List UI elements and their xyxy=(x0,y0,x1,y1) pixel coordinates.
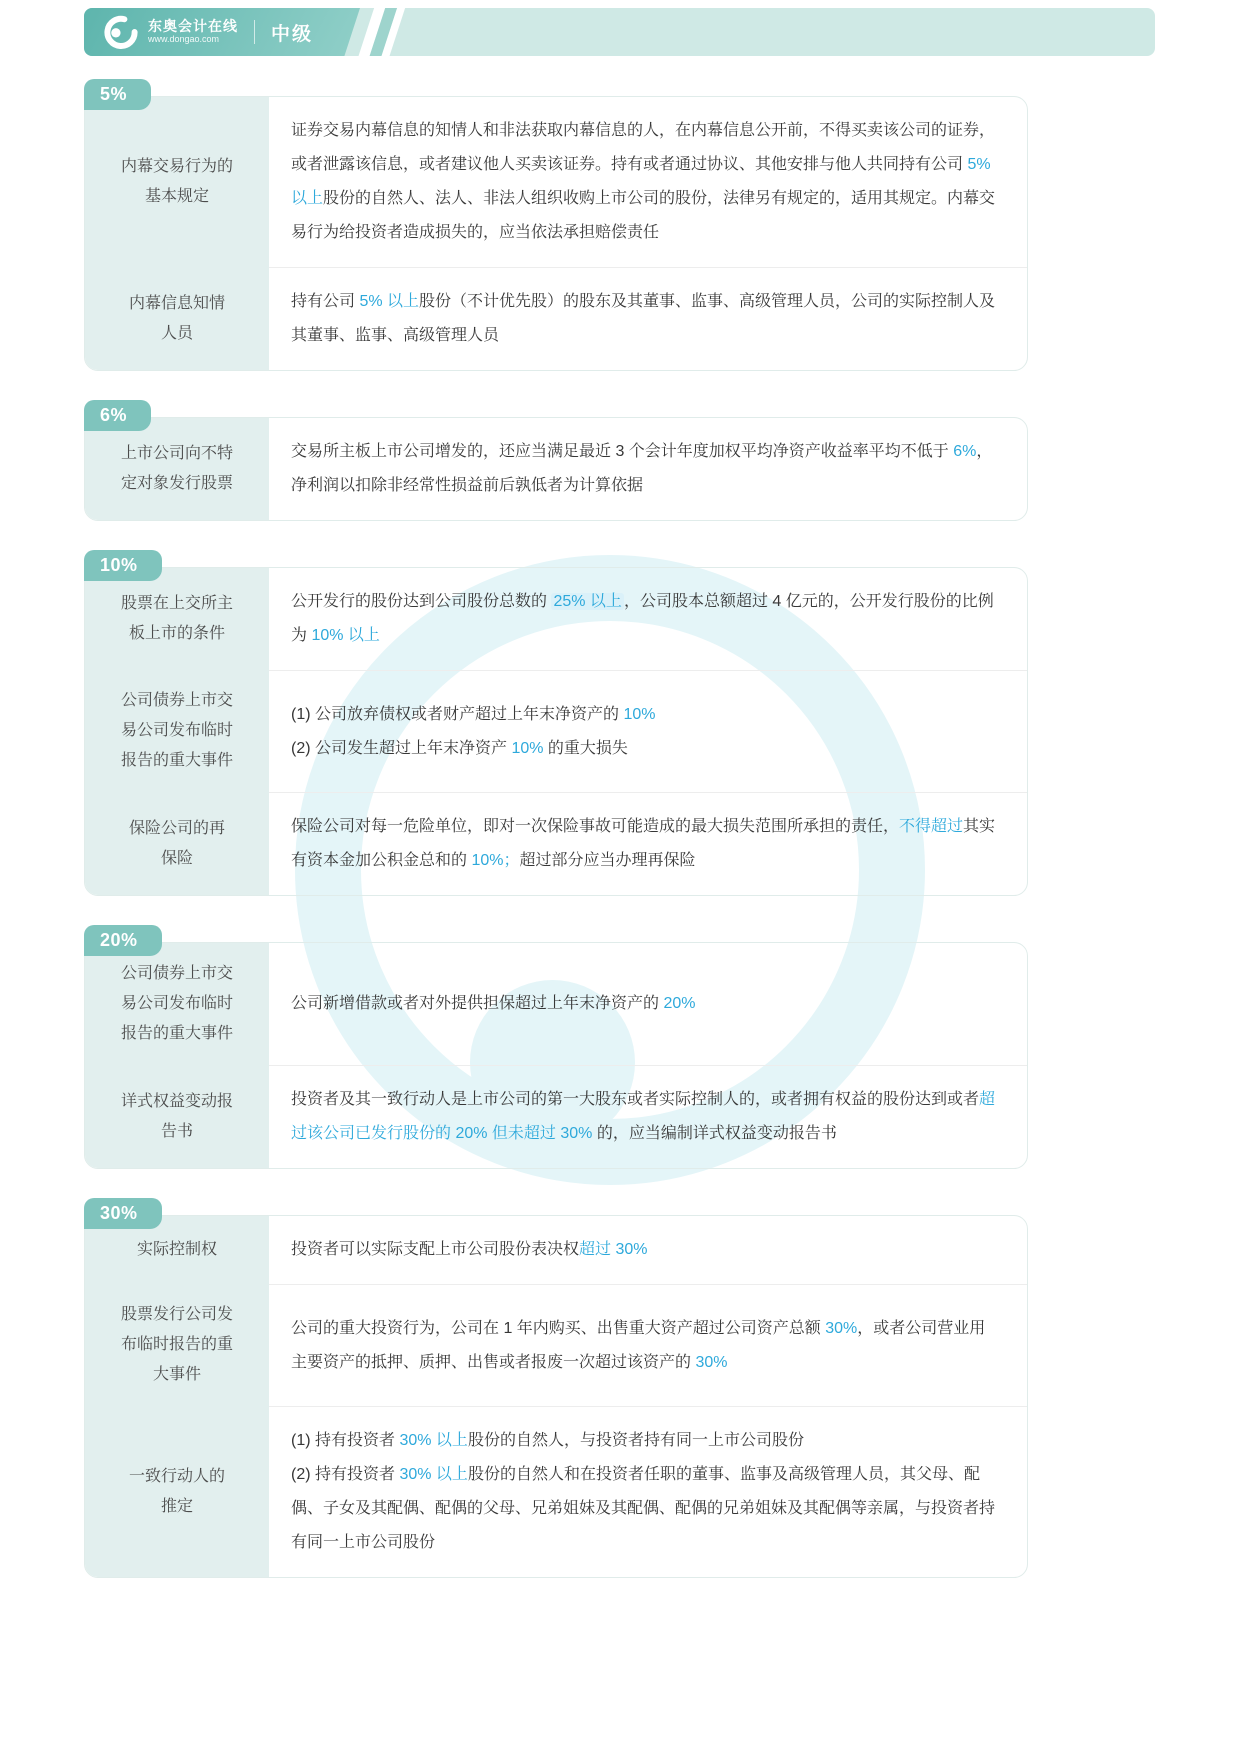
accent-text: 6% xyxy=(953,443,976,460)
percentage-section: 10% 股票在上交所主 板上市的条件 公开发行的股份达到公司股份总数的 25% … xyxy=(84,567,1028,896)
row-content: 公司的重大投资行为，公司在 1 年内购买、出售重大资产超过公司资产总额 30%，… xyxy=(269,1284,1027,1406)
content-area: 5% 内幕交易行为的 基本规定 证券交易内幕信息的知情人和非法获取内幕信息的人，… xyxy=(84,56,1028,1578)
header-banner: 东奥会计在线 www.dongao.com 中级 xyxy=(84,8,1155,56)
percentage-section: 6% 上市公司向不特 定对象发行股票 交易所主板上市公司增发的，还应当满足最近 … xyxy=(84,417,1028,521)
row-content: 投资者可以实际支配上市公司股份表决权超过 30% xyxy=(269,1216,1027,1284)
body-text: 股份的自然人，与投资者持有同一上市公司股份 xyxy=(468,1432,804,1449)
row-content: 投资者及其一致行动人是上市公司的第一大股东或者实际控制人的，或者拥有权益的股份达… xyxy=(269,1065,1027,1168)
row-label: 一致行动人的 推定 xyxy=(85,1406,269,1577)
header-divider xyxy=(254,20,255,44)
percentage-badge: 10% xyxy=(84,550,162,581)
accent-text: 30% xyxy=(695,1354,727,1371)
table-row: 详式权益变动报 告书 投资者及其一致行动人是上市公司的第一大股东或者实际控制人的… xyxy=(85,1065,1027,1168)
paragraph: 交易所主板上市公司增发的，还应当满足最近 3 个会计年度加权平均净资产收益率平均… xyxy=(291,435,997,503)
table-row: 公司债券上市交 易公司发布临时 报告的重大事件 公司新增借款或者对外提供担保超过… xyxy=(85,943,1027,1065)
accent-text: 10%； xyxy=(471,852,519,869)
paragraph: 持有公司 5% 以上股份（不计优先股）的股东及其董事、监事、高级管理人员，公司的… xyxy=(291,285,997,353)
brand-url: www.dongao.com xyxy=(148,35,238,45)
row-content: (1) 公司放弃债权或者财产超过上年末净资产的 10%(2) 公司发生超过上年末… xyxy=(269,670,1027,792)
percentage-section: 5% 内幕交易行为的 基本规定 证券交易内幕信息的知情人和非法获取内幕信息的人，… xyxy=(84,96,1028,371)
table-row: 公司债券上市交 易公司发布临时 报告的重大事件 (1) 公司放弃债权或者财产超过… xyxy=(85,670,1027,792)
body-text: 股份的自然人、法人、非法人组织收购上市公司的股份，法律另有规定的，适用其规定。内… xyxy=(291,190,995,241)
body-text: 公司的重大投资行为，公司在 1 年内购买、出售重大资产超过公司资产总额 xyxy=(291,1320,825,1337)
row-label: 上市公司向不特 定对象发行股票 xyxy=(85,418,269,520)
row-content: 公开发行的股份达到公司股份总数的 25% 以上，公司股本总额超过 4 亿元的，公… xyxy=(269,568,1027,670)
accent-text: 超过 30% xyxy=(579,1241,647,1258)
brand-lockup: 东奥会计在线 www.dongao.com 中级 xyxy=(104,8,313,56)
level-badge: 中级 xyxy=(271,19,313,46)
section-card: 公司债券上市交 易公司发布临时 报告的重大事件 公司新增借款或者对外提供担保超过… xyxy=(84,942,1028,1169)
section-card: 股票在上交所主 板上市的条件 公开发行的股份达到公司股份总数的 25% 以上，公… xyxy=(84,567,1028,896)
body-text: 交易所主板上市公司增发的，还应当满足最近 3 个会计年度加权平均净资产收益率平均… xyxy=(291,443,953,460)
table-row: 股票在上交所主 板上市的条件 公开发行的股份达到公司股份总数的 25% 以上，公… xyxy=(85,568,1027,670)
body-text: 投资者可以实际支配上市公司股份表决权 xyxy=(291,1241,579,1258)
row-label: 股票在上交所主 板上市的条件 xyxy=(85,568,269,670)
row-content: 证券交易内幕信息的知情人和非法获取内幕信息的人，在内幕信息公开前，不得买卖该公司… xyxy=(269,97,1027,267)
paragraph: (1) 持有投资者 30% 以上股份的自然人，与投资者持有同一上市公司股份 xyxy=(291,1424,997,1458)
percentage-section: 20% 公司债券上市交 易公司发布临时 报告的重大事件 公司新增借款或者对外提供… xyxy=(84,942,1028,1169)
row-label: 股票发行公司发 布临时报告的重 大事件 xyxy=(85,1284,269,1406)
body-text: (2) 公司发生超过上年末净资产 xyxy=(291,740,511,757)
paragraph: 证券交易内幕信息的知情人和非法获取内幕信息的人，在内幕信息公开前，不得买卖该公司… xyxy=(291,114,997,250)
accent-text: 10% xyxy=(511,740,543,757)
accent-text: 30% 以上 xyxy=(399,1466,467,1483)
body-text: (1) 持有投资者 xyxy=(291,1432,399,1449)
row-content: 保险公司对每一危险单位，即对一次保险事故可能造成的最大损失范围所承担的责任，不得… xyxy=(269,792,1027,895)
dongao-logo-icon xyxy=(104,15,138,49)
body-text: 公司新增借款或者对外提供担保超过上年末净资产的 xyxy=(291,995,663,1012)
table-row: 内幕信息知情 人员 持有公司 5% 以上股份（不计优先股）的股东及其董事、监事、… xyxy=(85,267,1027,370)
percentage-section: 30% 实际控制权 投资者可以实际支配上市公司股份表决权超过 30% 股票发行公… xyxy=(84,1215,1028,1578)
body-text: 的，应当编制详式权益变动报告书 xyxy=(592,1125,836,1142)
paragraph: 公司的重大投资行为，公司在 1 年内购买、出售重大资产超过公司资产总额 30%，… xyxy=(291,1312,997,1380)
accent-text: 10% 以上 xyxy=(311,627,379,644)
body-text: 投资者及其一致行动人是上市公司的第一大股东或者实际控制人的，或者拥有权益的股份达… xyxy=(291,1091,979,1108)
percentage-badge: 6% xyxy=(84,400,151,431)
row-label: 公司债券上市交 易公司发布临时 报告的重大事件 xyxy=(85,943,269,1065)
body-text: 证券交易内幕信息的知情人和非法获取内幕信息的人，在内幕信息公开前，不得买卖该公司… xyxy=(291,122,995,173)
row-content: 公司新增借款或者对外提供担保超过上年末净资产的 20% xyxy=(269,943,1027,1065)
percentage-badge: 20% xyxy=(84,925,162,956)
paragraph: 投资者及其一致行动人是上市公司的第一大股东或者实际控制人的，或者拥有权益的股份达… xyxy=(291,1083,997,1151)
accent-text: 30% 以上 xyxy=(399,1432,467,1449)
paragraph: 公司新增借款或者对外提供担保超过上年末净资产的 20% xyxy=(291,987,997,1021)
row-label: 保险公司的再 保险 xyxy=(85,792,269,895)
row-label: 内幕交易行为的 基本规定 xyxy=(85,97,269,267)
accent-text: 25% 以上 xyxy=(551,593,623,610)
body-text: (1) 公司放弃债权或者财产超过上年末净资产的 xyxy=(291,706,623,723)
accent-text: 不得超过 xyxy=(899,818,963,835)
body-text: 保险公司对每一危险单位，即对一次保险事故可能造成的最大损失范围所承担的责任， xyxy=(291,818,899,835)
table-row: 实际控制权 投资者可以实际支配上市公司股份表决权超过 30% xyxy=(85,1216,1027,1284)
paragraph: (1) 公司放弃债权或者财产超过上年末净资产的 10% xyxy=(291,698,997,732)
accent-text: 10% xyxy=(623,706,655,723)
body-text: (2) 持有投资者 xyxy=(291,1466,399,1483)
accent-text: 5% 以上 xyxy=(359,293,419,310)
row-label: 公司债券上市交 易公司发布临时 报告的重大事件 xyxy=(85,670,269,792)
section-card: 内幕交易行为的 基本规定 证券交易内幕信息的知情人和非法获取内幕信息的人，在内幕… xyxy=(84,96,1028,371)
section-card: 上市公司向不特 定对象发行股票 交易所主板上市公司增发的，还应当满足最近 3 个… xyxy=(84,417,1028,521)
body-text: 的重大损失 xyxy=(543,740,627,757)
body-text: 持有公司 xyxy=(291,293,359,310)
body-text: 超过部分应当办理再保险 xyxy=(519,852,695,869)
paragraph: (2) 持有投资者 30% 以上股份的自然人和在投资者任职的董事、监事及高级管理… xyxy=(291,1458,997,1560)
brand-name: 东奥会计在线 xyxy=(148,19,238,34)
page: 东奥会计在线 www.dongao.com 中级 5% 内幕交易行为的 基本规定… xyxy=(0,0,1240,1753)
row-content: 交易所主板上市公司增发的，还应当满足最近 3 个会计年度加权平均净资产收益率平均… xyxy=(269,418,1027,520)
percentage-badge: 5% xyxy=(84,79,151,110)
table-row: 股票发行公司发 布临时报告的重 大事件 公司的重大投资行为，公司在 1 年内购买… xyxy=(85,1284,1027,1406)
brand-text: 东奥会计在线 www.dongao.com xyxy=(148,19,238,44)
section-card: 实际控制权 投资者可以实际支配上市公司股份表决权超过 30% 股票发行公司发 布… xyxy=(84,1215,1028,1578)
table-row: 保险公司的再 保险 保险公司对每一危险单位，即对一次保险事故可能造成的最大损失范… xyxy=(85,792,1027,895)
table-row: 一致行动人的 推定 (1) 持有投资者 30% 以上股份的自然人，与投资者持有同… xyxy=(85,1406,1027,1577)
body-text: 公开发行的股份达到公司股份总数的 xyxy=(291,593,551,610)
accent-text: 20% xyxy=(663,995,695,1012)
paragraph: 保险公司对每一危险单位，即对一次保险事故可能造成的最大损失范围所承担的责任，不得… xyxy=(291,810,997,878)
row-content: (1) 持有投资者 30% 以上股份的自然人，与投资者持有同一上市公司股份(2)… xyxy=(269,1406,1027,1577)
row-label: 详式权益变动报 告书 xyxy=(85,1065,269,1168)
paragraph: (2) 公司发生超过上年末净资产 10% 的重大损失 xyxy=(291,732,997,766)
accent-text: 30% xyxy=(825,1320,857,1337)
paragraph: 投资者可以实际支配上市公司股份表决权超过 30% xyxy=(291,1233,997,1267)
percentage-badge: 30% xyxy=(84,1198,162,1229)
row-content: 持有公司 5% 以上股份（不计优先股）的股东及其董事、监事、高级管理人员，公司的… xyxy=(269,267,1027,370)
table-row: 上市公司向不特 定对象发行股票 交易所主板上市公司增发的，还应当满足最近 3 个… xyxy=(85,418,1027,520)
row-label: 内幕信息知情 人员 xyxy=(85,267,269,370)
table-row: 内幕交易行为的 基本规定 证券交易内幕信息的知情人和非法获取内幕信息的人，在内幕… xyxy=(85,97,1027,267)
paragraph: 公开发行的股份达到公司股份总数的 25% 以上，公司股本总额超过 4 亿元的，公… xyxy=(291,585,997,653)
